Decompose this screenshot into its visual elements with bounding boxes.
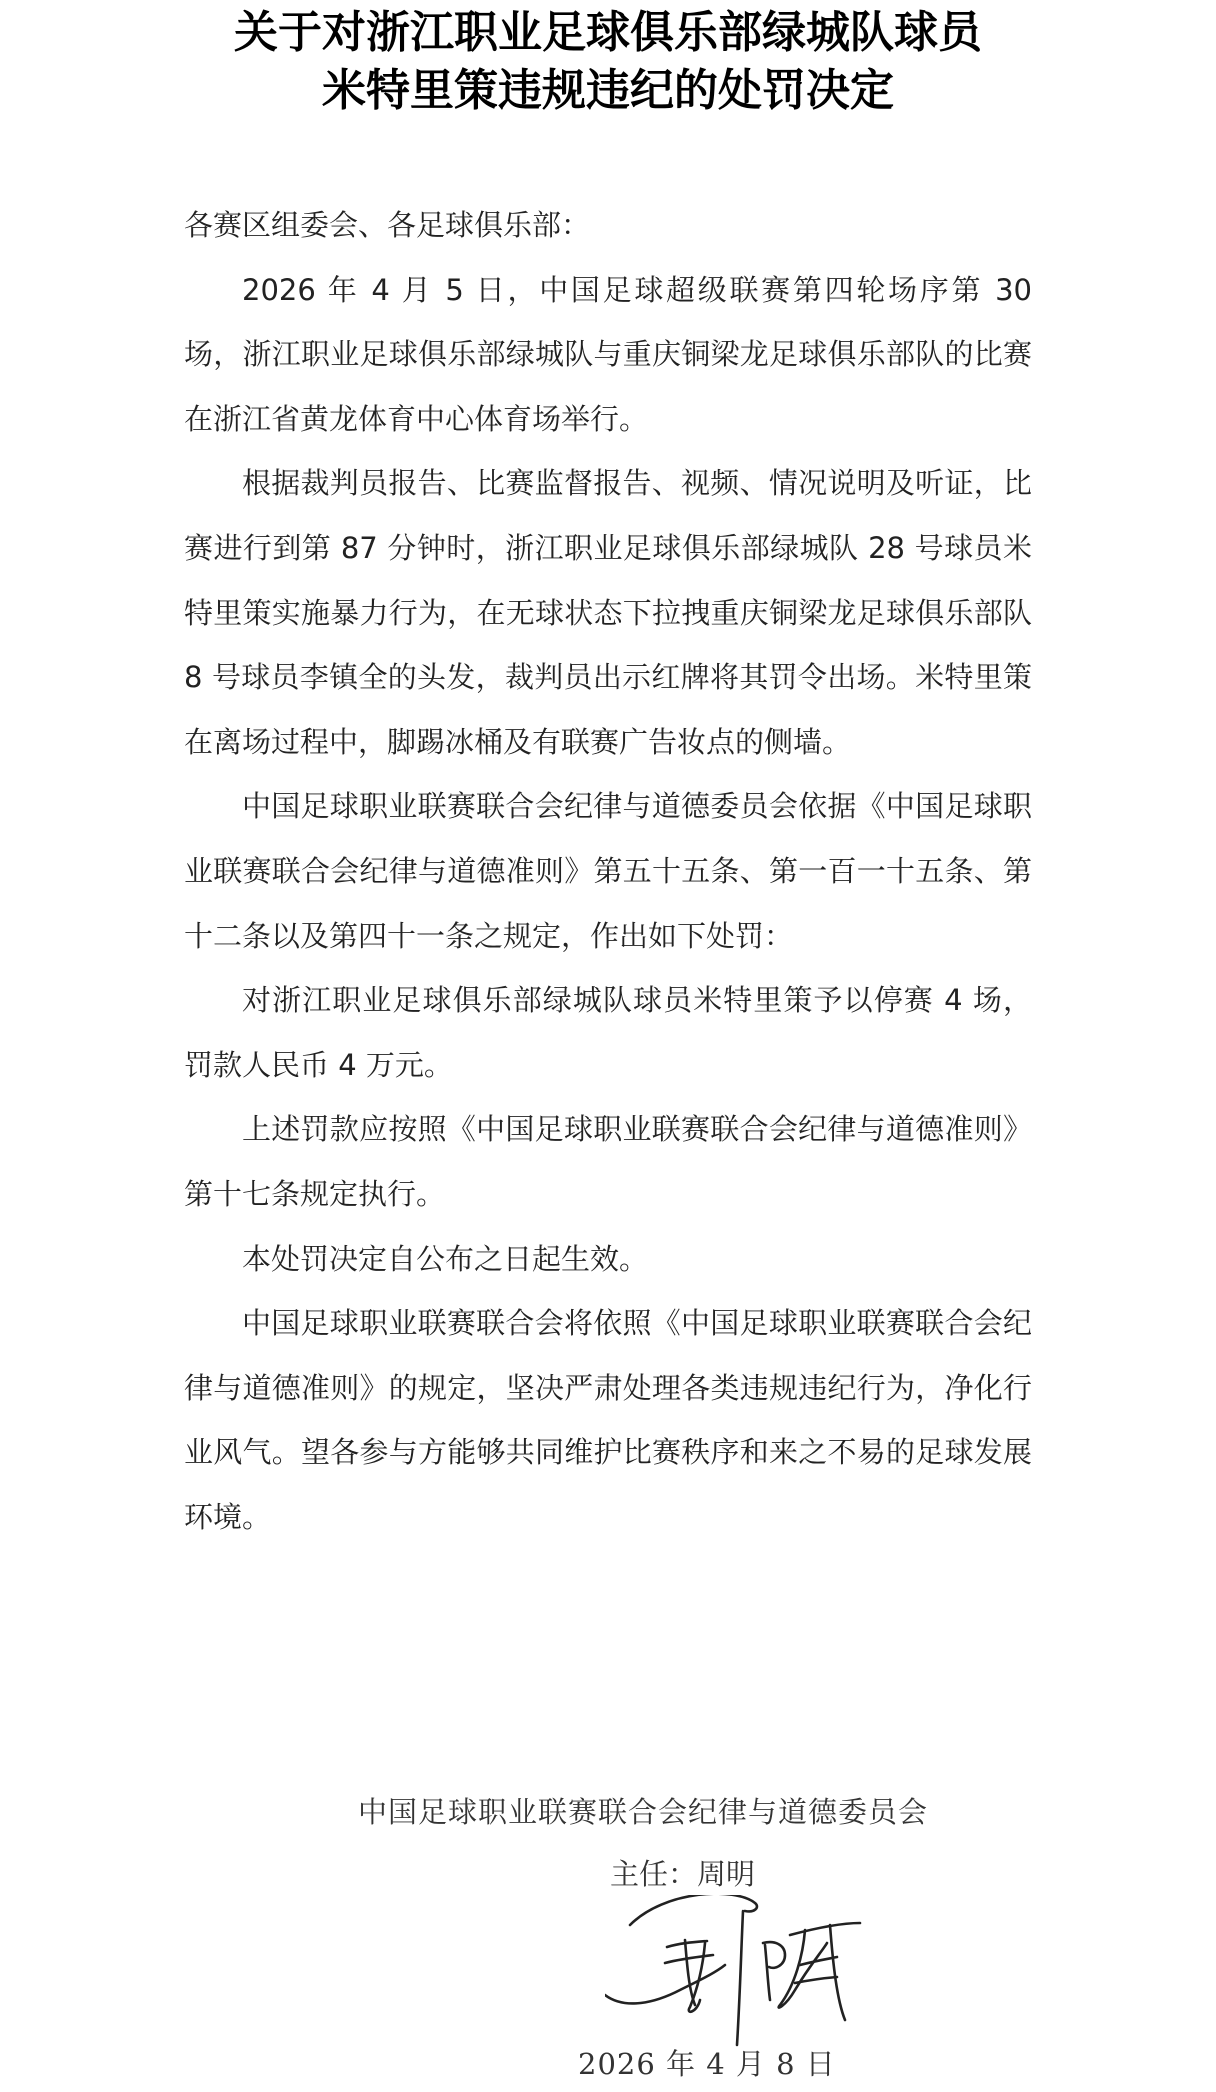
paragraph-closing: 中国足球职业联赛联合会将依照《中国足球职业联赛联合会纪律与道德准则》的规定，坚决… (184, 1291, 1032, 1549)
signing-organization: 中国足球职业联赛联合会纪律与道德委员会 (358, 1790, 928, 1831)
document-title: 关于对浙江职业足球俱乐部绿城队球员 米特里策违规违纪的处罚决定 (0, 4, 1216, 120)
paragraph-incident: 根据裁判员报告、比赛监督报告、视频、情况说明及听证，比赛进行到第 87 分钟时，… (184, 451, 1032, 774)
title-line-1: 关于对浙江职业足球俱乐部绿城队球员 (0, 4, 1216, 62)
title-line-2: 米特里策违规违纪的处罚决定 (0, 62, 1216, 120)
salutation: 各赛区组委会、各足球俱乐部： (184, 193, 1032, 258)
paragraph-effective: 本处罚决定自公布之日起生效。 (184, 1227, 1032, 1292)
signing-date: 2026 年 4 月 8 日 (578, 2042, 836, 2083)
handwritten-signature-icon (605, 1895, 865, 2060)
paragraph-match-info: 2026 年 4 月 5 日，中国足球超级联赛第四轮场序第 30 场，浙江职业足… (184, 258, 1032, 452)
paragraph-penalty: 对浙江职业足球俱乐部绿城队球员米特里策予以停赛 4 场，罚款人民币 4 万元。 (184, 968, 1032, 1097)
paragraph-fine-execution: 上述罚款应按照《中国足球职业联赛联合会纪律与道德准则》第十七条规定执行。 (184, 1097, 1032, 1226)
director-name: 主任：周明 (610, 1852, 755, 1893)
paragraph-legal-basis: 中国足球职业联赛联合会纪律与道德委员会依据《中国足球职业联赛联合会纪律与道德准则… (184, 774, 1032, 968)
document-body: 各赛区组委会、各足球俱乐部： 2026 年 4 月 5 日，中国足球超级联赛第四… (184, 193, 1032, 1549)
